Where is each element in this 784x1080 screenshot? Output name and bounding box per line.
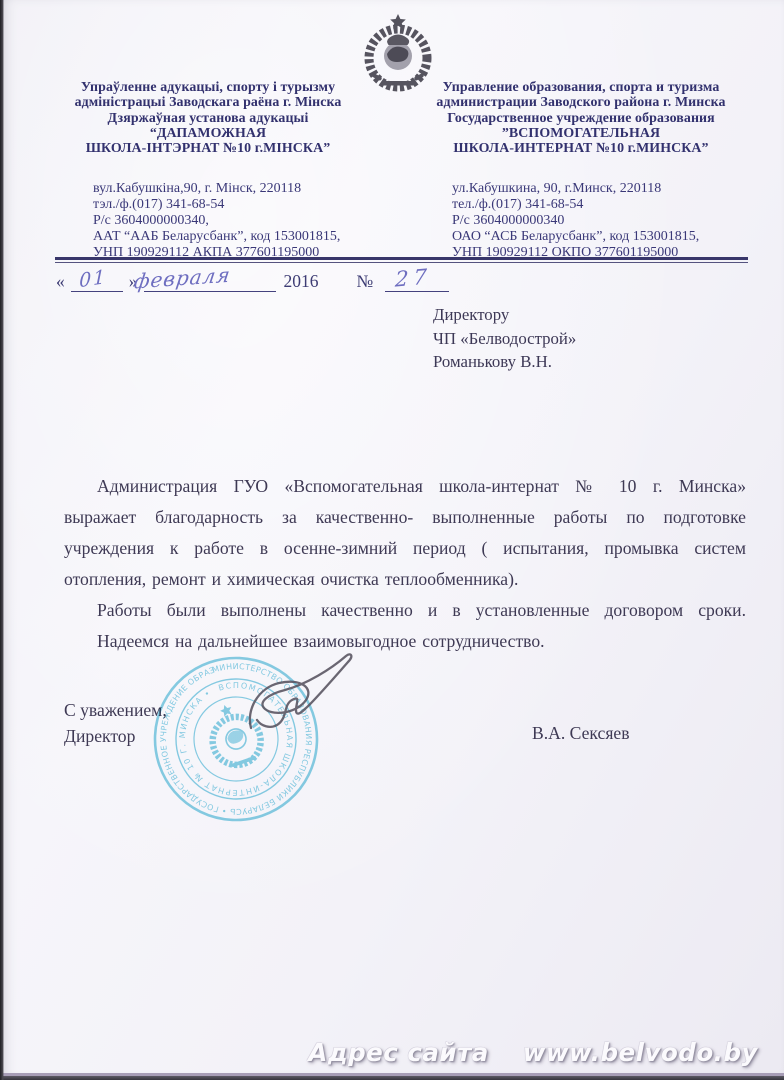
recipient-company: ЧП «Белводострой» bbox=[433, 327, 576, 351]
body-line: выражает благодарность за качественно- в… bbox=[64, 502, 746, 533]
letterhead-line: Дзяржаўная установа адукацыі bbox=[36, 111, 380, 126]
stamp-emblem-icon bbox=[202, 697, 268, 771]
letterhead-line: Управление образования, спорта и туризма bbox=[398, 80, 764, 95]
site-watermark: Адрес сайта www.belvodo.by bbox=[308, 1038, 758, 1067]
address-line: тел./ф.(017) 341-68-54 bbox=[452, 197, 699, 213]
number-field: 27 bbox=[385, 273, 449, 292]
letterhead-line: “ДАПАМОЖНАЯ bbox=[36, 126, 380, 141]
body-paragraph-3: Надеемся на дальнейшее взаимовыгодное со… bbox=[64, 626, 746, 657]
quote-open: « bbox=[56, 271, 65, 292]
signer-name: В.А. Сексяев bbox=[532, 723, 630, 744]
address-line: Р/с 3604000000340, bbox=[93, 213, 340, 229]
body-paragraph-2: Работы были выполнены качественно и в ус… bbox=[64, 595, 746, 626]
body-line: отопления, ремонт и химическая очистка т… bbox=[64, 564, 746, 595]
closing-position: Директор bbox=[64, 723, 167, 749]
address-line: ОАО “АСБ Беларусбанк”, код 153001815, bbox=[452, 229, 699, 245]
body-paragraph-1: Администрация ГУО «Вспомогательная школа… bbox=[64, 471, 746, 595]
letterhead-line: ШКОЛА-ІНТЭРНАТ №10 г.МІНСКА” bbox=[36, 141, 380, 156]
body-line: Администрация ГУО «Вспомогательная школа… bbox=[64, 471, 746, 502]
handwritten-number: 27 bbox=[395, 264, 433, 291]
svg-text:ВСПОМОГАТЕЛЬНАЯ ШКОЛА-ИНТЕРНАТ: ВСПОМОГАТЕЛЬНАЯ ШКОЛА-ИНТЕРНАТ № 10 Г. М… bbox=[162, 665, 310, 813]
day-field: 01 bbox=[71, 273, 123, 292]
reference-line: « 01 » февраля 2016 № 27 bbox=[56, 271, 449, 292]
svg-text:МИНИСТЕРСТВО ОБРАЗОВАНИЯ РЕСПУ: МИНИСТЕРСТВО ОБРАЗОВАНИЯ РЕСПУБЛИКИ БЕЛА… bbox=[138, 641, 334, 837]
address-line: ул.Кабушкина, 90, г.Минск, 220118 bbox=[452, 181, 699, 197]
recipient-title: Директору bbox=[433, 303, 576, 327]
month-field: февраля bbox=[144, 273, 276, 292]
signature-icon bbox=[243, 652, 361, 746]
address-block-belarusian: вул.Кабушкіна,90, г. Мінск, 220118 тэл./… bbox=[93, 181, 340, 261]
handwritten-day: 01 bbox=[79, 266, 107, 293]
stamp-inner-text: ВСПОМОГАТЕЛЬНАЯ ШКОЛА-ИНТЕРНАТ № 10 Г. М… bbox=[162, 665, 310, 813]
letterhead-line: ШКОЛА-ИНТЕРНАТ №10 г.МИНСКА” bbox=[398, 141, 764, 156]
left-scan-edge bbox=[0, 0, 4, 1080]
scanned-letter-page: Упраўленне адукацыі, спорту і турызму ад… bbox=[0, 0, 784, 1080]
closing-salutation: С уважением, bbox=[64, 697, 167, 723]
body-line: учреждения к работе в осенне-зимний пери… bbox=[64, 533, 746, 564]
address-block-russian: ул.Кабушкина, 90, г.Минск, 220118 тел./ф… bbox=[452, 181, 699, 261]
watermark-label: Адрес сайта bbox=[308, 1038, 488, 1067]
recipient-name: Романькову В.Н. bbox=[433, 350, 576, 374]
letterhead-line: администрации Заводского района г. Минск… bbox=[398, 95, 764, 110]
letterhead-line: Упраўленне адукацыі, спорту і турызму bbox=[36, 80, 380, 95]
recipient-block: Директору ЧП «Белводострой» Романькову В… bbox=[433, 303, 576, 374]
letterhead-divider-rule bbox=[55, 257, 748, 263]
letterhead-russian: Управление образования, спорта и туризма… bbox=[398, 80, 764, 156]
watermark-url: www.belvodo.by bbox=[523, 1038, 758, 1067]
bottom-scan-edge bbox=[0, 1076, 784, 1080]
closing-block: С уважением, Директор bbox=[64, 697, 167, 749]
handwritten-month: февраля bbox=[132, 262, 232, 293]
year-label: 2016 bbox=[284, 271, 319, 292]
address-line: тэл./ф.(017) 341-68-54 bbox=[93, 197, 340, 213]
letterhead-line: ”ВСПОМОГАТЕЛЬНАЯ bbox=[398, 126, 764, 141]
letterhead-line: Государственное учреждение образования bbox=[398, 111, 764, 126]
letterhead-line: адміністрацыі Заводскага раёна г. Мінска bbox=[36, 95, 380, 110]
address-line: Р/с 3604000000340 bbox=[452, 213, 699, 229]
address-line: вул.Кабушкіна,90, г. Мінск, 220118 bbox=[93, 181, 340, 197]
address-line: ААТ “ААБ Беларусбанк”, код 153001815, bbox=[93, 229, 340, 245]
number-sign: № bbox=[357, 271, 374, 292]
stamp-outer-text: МИНИСТЕРСТВО ОБРАЗОВАНИЯ РЕСПУБЛИКИ БЕЛА… bbox=[138, 641, 334, 837]
letterhead-belarusian: Упраўленне адукацыі, спорту і турызму ад… bbox=[36, 80, 380, 156]
letter-body: Администрация ГУО «Вспомогательная школа… bbox=[64, 471, 746, 657]
